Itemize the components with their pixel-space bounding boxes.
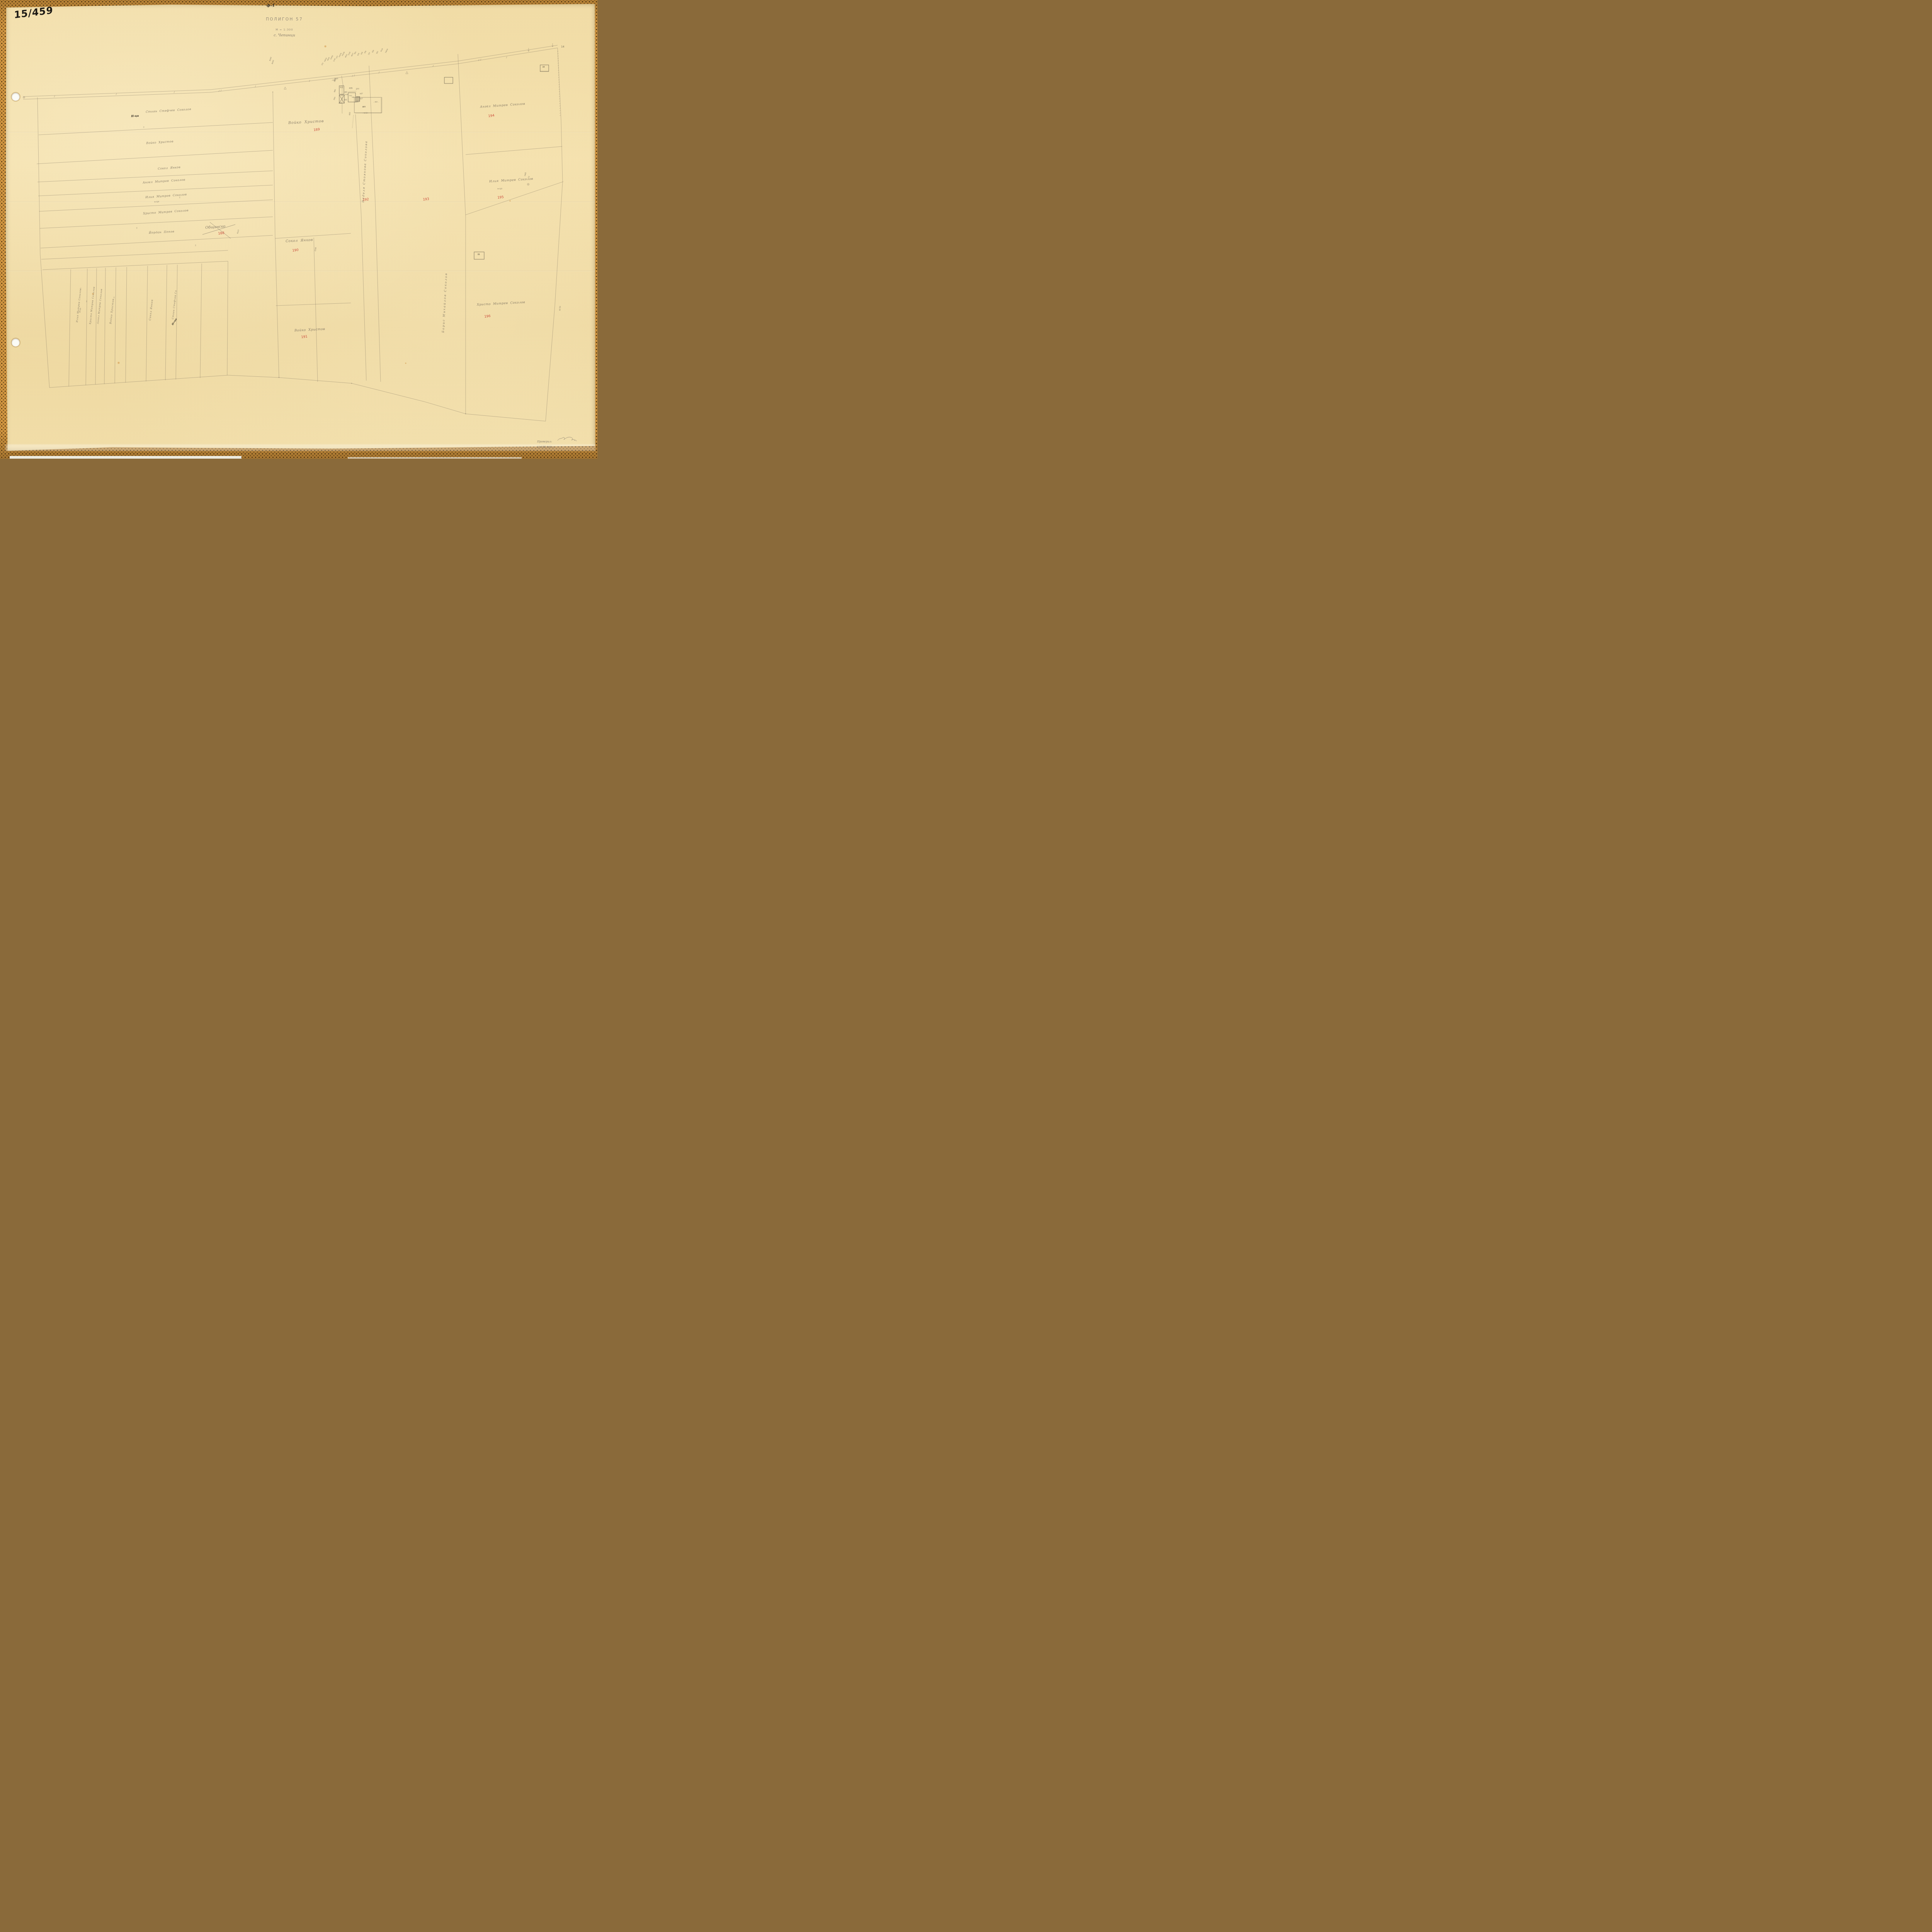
building-label: П.С.: [340, 87, 344, 89]
road-upper-line: [23, 45, 558, 97]
scanned-cadastral-sheet: Н-циСтоян Стефчев СоколовВойко ХристовСо…: [0, 0, 597, 459]
measurement-value: 055: [344, 99, 347, 101]
measurement-value: 22 50: [559, 306, 561, 311]
sheet-code: Ф-1: [266, 3, 275, 9]
parcel-number: 188: [218, 231, 224, 235]
measurement-value: – 9.53 –: [362, 112, 369, 114]
parcel-193-194-line: [458, 54, 466, 414]
owner-name-label: Н-ци: [131, 114, 139, 117]
measurement-value: 830: [349, 112, 351, 115]
scanner-bed-sliver: [10, 456, 241, 459]
hatch-marks: [342, 51, 561, 128]
building-label: 06: [478, 254, 480, 256]
owner-name-label: н-ци: [497, 188, 502, 190]
road-lower-line: [23, 48, 558, 99]
measurement-value: –335–: [338, 102, 343, 104]
building-label: НМ: [362, 105, 366, 107]
measurement-value: – 241 –: [373, 101, 379, 103]
measurement-value: –241–: [354, 101, 359, 103]
corner-sheet-number: 14: [561, 45, 564, 48]
building-cluster: [339, 65, 549, 259]
map-linework: [0, 0, 597, 459]
parcel-number: 190: [292, 248, 299, 252]
strip-block-bottom: [49, 375, 228, 388]
building-big: [354, 97, 382, 113]
small-square-mid: [444, 77, 453, 83]
polygon-title: ПОЛИГОН 57: [261, 17, 308, 22]
verification-date: 23 VIII 960 г.: [537, 446, 554, 449]
parcel-number: 194: [488, 114, 495, 118]
measurement-value: –116–: [344, 94, 349, 95]
punch-hole-bottom: [12, 338, 20, 347]
bottom-boundary: [228, 375, 546, 421]
measurement-value: 082: [344, 91, 347, 93]
building-label: 04: [543, 67, 545, 69]
map-scale: М = 1:300: [261, 28, 308, 31]
center-vertical-1: [273, 92, 279, 378]
village-name: с. Чепинци: [261, 33, 308, 37]
right-boundary: [546, 48, 563, 421]
measurement-value: 817: [360, 98, 363, 100]
paper-stain: [324, 45, 327, 48]
parcel-number: 195: [497, 196, 504, 199]
parcel-192-193-line: [369, 66, 381, 382]
parcel-number: 189: [313, 128, 320, 132]
checked-by-label: Проверил:: [537, 440, 552, 443]
parcel-number: 193: [423, 197, 429, 201]
parcel-number: 196: [484, 315, 491, 318]
measurement-value: 957: [360, 93, 363, 95]
measurement-value: 140: [352, 97, 354, 98]
scanner-bed-sliver: [348, 457, 522, 459]
measurement-value: 435: [349, 88, 353, 90]
verification-block: Проверил: 23 VIII 960 г.: [537, 437, 554, 449]
paper-stain: [509, 200, 511, 202]
owner-name-label: н-ци: [154, 201, 159, 203]
surveyor-signature: [558, 437, 576, 441]
paper-stain: [117, 362, 120, 364]
parcel-number: 192: [362, 198, 369, 202]
paper-stain: [405, 362, 406, 364]
measurement-value: 277: [356, 89, 359, 91]
paper-stain: [92, 293, 94, 295]
parcel-number: 191: [301, 335, 308, 339]
left-boundary: [37, 97, 49, 388]
title-block: ПОЛИГОН 57 М = 1:300 с. Чепинци: [261, 17, 308, 37]
punch-hole-top: [12, 93, 20, 101]
